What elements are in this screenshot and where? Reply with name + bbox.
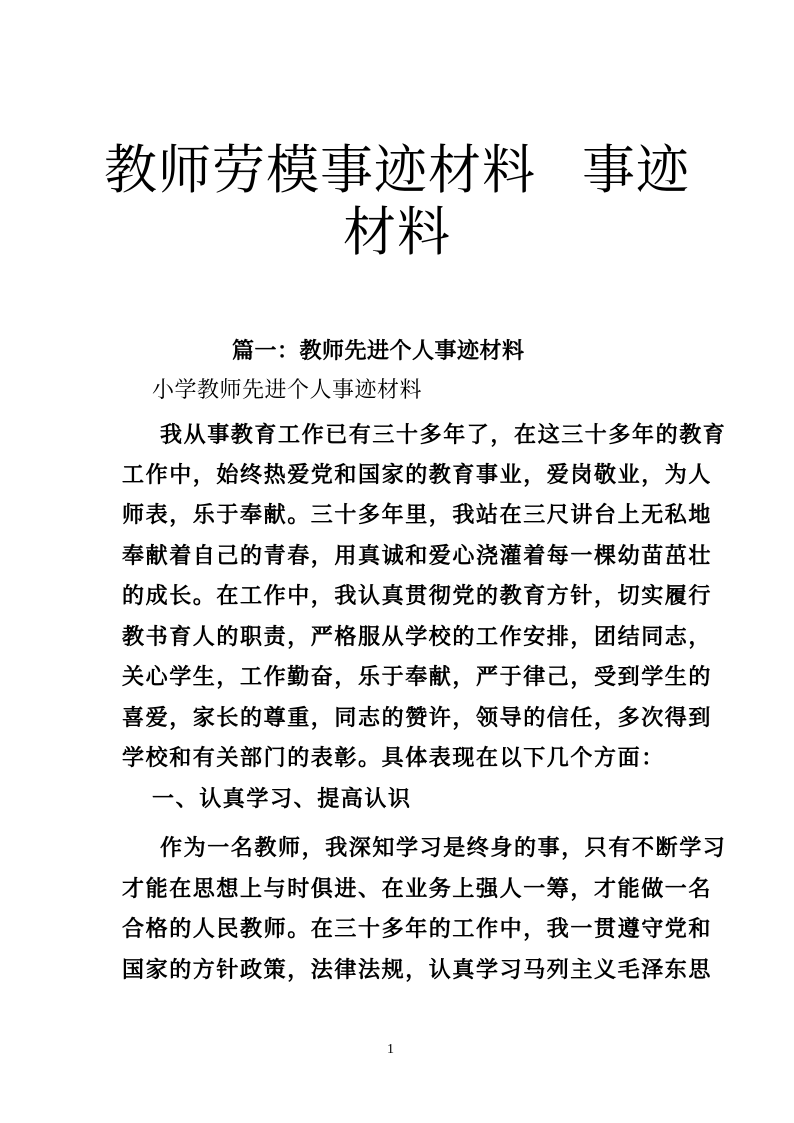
- paragraph-line: 奉献着自己的青春，用真诚和爱心浇灌着每一棵幼苗茁壮: [122, 543, 712, 569]
- page-number: 1: [387, 1042, 394, 1058]
- paragraph-line: 作为一名教师，我深知学习是终身的事，只有不断学习: [160, 835, 726, 861]
- paragraph-line: 学校和有关部门的表彰。具体表现在以下几个方面：: [122, 745, 665, 771]
- title-part-2: 事迹: [582, 140, 690, 201]
- chapter-heading: 篇一：教师先进个人事迹材料: [232, 338, 525, 364]
- title-part-3: 材料: [343, 202, 451, 263]
- paragraph-line: 工作中，始终热爱党和国家的教育事业，爱岗敬业，为人: [122, 462, 712, 488]
- article-title: 小学教师先进个人事迹材料: [152, 378, 422, 404]
- paragraph-line: 国家的方针政策，法律法规，认真学习马列主义毛泽东思: [122, 957, 712, 983]
- document-title: 教师劳模事迹材料事迹 材料: [100, 140, 694, 264]
- paragraph-line: 师表，乐于奉献。三十多年里，我站在三尺讲台上无私地: [122, 502, 712, 528]
- paragraph-line: 喜爱，家长的尊重，同志的赞许，领导的信任，多次得到: [122, 705, 712, 731]
- title-part-1: 教师劳模事迹材料: [104, 140, 536, 201]
- paragraph-line: 教书育人的职责，严格服从学校的工作安排，团结同志，: [122, 624, 712, 650]
- document-page: 教师劳模事迹材料事迹 材料 篇一：教师先进个人事迹材料 小学教师先进个人事迹材料…: [0, 0, 794, 1123]
- paragraph-line: 我从事教育工作已有三十多年了，在这三十多年的教育: [160, 422, 726, 448]
- paragraph-line: 的成长。在工作中，我认真贯彻党的教育方针，切实履行: [122, 583, 712, 609]
- paragraph-line: 合格的人民教师。在三十多年的工作中，我一贯遵守党和: [122, 916, 712, 942]
- section-heading: 一、认真学习、提高认识: [152, 786, 412, 812]
- paragraph-line: 才能在思想上与时俱进、在业务上强人一筹，才能做一名: [122, 876, 712, 902]
- paragraph-line: 关心学生，工作勤奋，乐于奉献，严于律己，受到学生的: [122, 664, 712, 690]
